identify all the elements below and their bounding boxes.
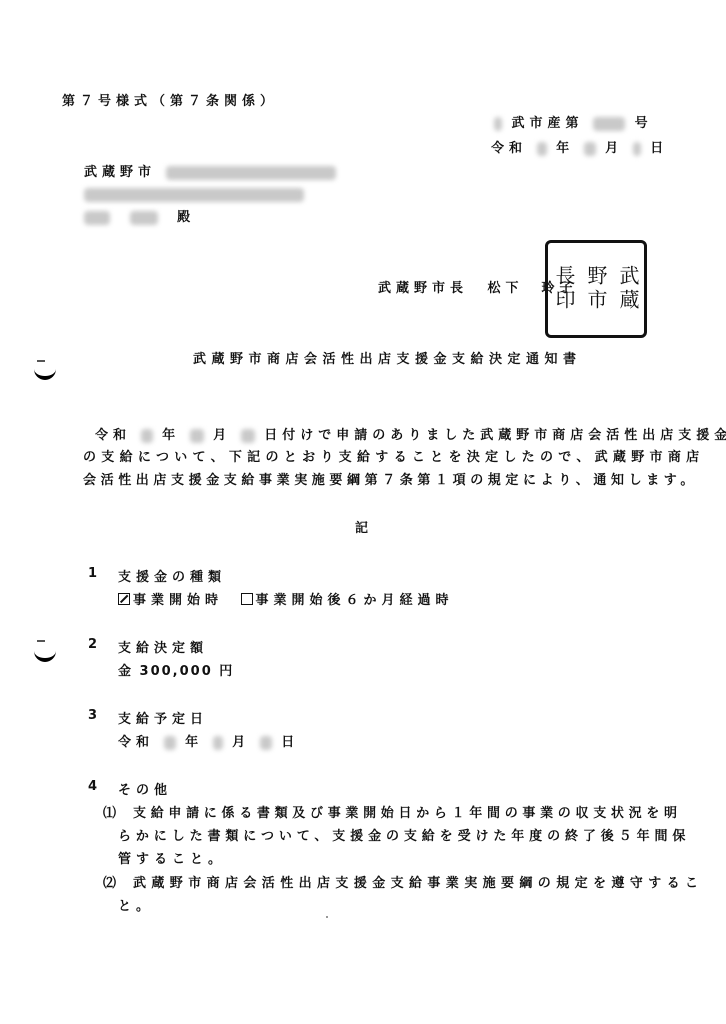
reference-suffix: 号 xyxy=(635,116,653,131)
redacted-region xyxy=(130,211,158,225)
scheduled-payment-date: 令和 年 月 日 xyxy=(118,731,299,750)
option-label: 事業開始後６か月経過時 xyxy=(256,593,454,608)
date-era: 令和 xyxy=(118,735,154,750)
body-line-1: 令和 年 月 日付けで申請のありました武蔵野市商店会活性出店支援金 xyxy=(95,424,726,443)
form-label: 第７号様式（第７条関係） xyxy=(62,90,278,109)
checkbox-unchecked-icon[interactable] xyxy=(241,593,253,605)
reference-prefix: 武市産第 xyxy=(512,116,584,131)
date-era: 令和 xyxy=(491,141,527,156)
ki-label: 記 xyxy=(355,517,373,536)
day-unit: 日 xyxy=(281,735,299,750)
item-1-line-1: 支給申請に係る書類及び事業開始日から１年間の事業の収支状況を明 xyxy=(133,802,682,821)
redacted-region xyxy=(84,211,110,225)
redacted-region xyxy=(593,117,625,131)
body-month-unit: 月 xyxy=(213,428,231,443)
month-unit: 月 xyxy=(605,141,623,156)
item-1-marker: ⑴ xyxy=(103,802,116,821)
recipient-building xyxy=(84,184,304,203)
punch-hole-mark xyxy=(34,362,56,380)
section-4-number: 4 xyxy=(88,779,102,794)
document-title: 武蔵野市商店会活性出店支援金支給決定通知書 xyxy=(193,348,582,367)
redacted-region xyxy=(141,429,153,443)
body-year-unit: 年 xyxy=(162,428,180,443)
month-unit: 月 xyxy=(232,735,250,750)
section-2-heading: 支給決定額 xyxy=(118,637,208,656)
checkbox-checked-icon[interactable] xyxy=(118,593,130,605)
scan-speck xyxy=(326,916,328,918)
honorific: 殿 xyxy=(177,210,195,225)
redacted-region xyxy=(213,736,223,750)
recipient-name: 殿 xyxy=(84,206,195,225)
item-1-line-3: 管すること。 xyxy=(118,848,226,867)
body-era: 令和 xyxy=(95,428,131,443)
item-2-line-2: と。 xyxy=(118,895,154,914)
reference-date: 令和 年 月 日 xyxy=(491,137,668,156)
official-seal-stamp: 長印 野市 武蔵 xyxy=(545,240,647,338)
reference-number: 武市産第 号 xyxy=(494,112,653,131)
punch-hole-mark xyxy=(34,644,56,662)
redacted-region xyxy=(260,736,272,750)
section-2-number: 2 xyxy=(88,637,102,652)
section-1-number: 1 xyxy=(88,566,102,581)
support-type-options: 事業開始時 事業開始後６か月経過時 xyxy=(118,589,454,608)
seal-column: 長印 xyxy=(554,265,574,313)
seal-column: 野市 xyxy=(586,265,606,313)
day-unit: 日 xyxy=(650,141,668,156)
item-2-marker: ⑵ xyxy=(103,872,116,891)
punch-hole-mark-top-edge xyxy=(37,640,45,642)
section-3-heading: 支給予定日 xyxy=(118,708,208,727)
redacted-region xyxy=(537,142,547,156)
year-unit: 年 xyxy=(185,735,203,750)
option-six-months-after[interactable]: 事業開始後６か月経過時 xyxy=(241,593,454,608)
body-line-1-rest: 日付けで申請のありました武蔵野市商店会活性出店支援金 xyxy=(264,428,726,443)
redacted-region xyxy=(494,117,502,131)
redacted-region xyxy=(241,429,255,443)
sender-title: 武蔵野市長 xyxy=(378,281,468,296)
option-label: 事業開始時 xyxy=(133,593,223,608)
item-2-line-1: 武蔵野市商店会活性出店支援金支給事業実施要綱の規定を遵守するこ xyxy=(133,872,703,891)
option-business-start[interactable]: 事業開始時 xyxy=(118,593,233,608)
redacted-region xyxy=(633,142,641,156)
decision-amount: 金 300,000 円 xyxy=(118,660,234,679)
redacted-region xyxy=(166,166,336,180)
redacted-region xyxy=(584,142,596,156)
redacted-region xyxy=(164,736,176,750)
body-line-2: の支給について、下記のとおり支給することを決定したので、武蔵野市商店 xyxy=(83,446,704,465)
redacted-region xyxy=(84,188,304,202)
section-1-heading: 支援金の種類 xyxy=(118,566,226,585)
redacted-region xyxy=(190,429,204,443)
section-3-number: 3 xyxy=(88,708,102,723)
recipient-city: 武蔵野市 xyxy=(84,165,156,180)
item-1-line-2: らかにした書類について、支援金の支給を受けた年度の終了後５年間保 xyxy=(118,825,690,844)
recipient-address: 武蔵野市 xyxy=(84,161,336,180)
year-unit: 年 xyxy=(556,141,574,156)
seal-column: 武蔵 xyxy=(618,265,638,313)
section-4-heading: その他 xyxy=(118,779,172,798)
body-line-3: 会活性出店支援金支給事業実施要綱第７条第１項の規定により、通知します。 xyxy=(83,469,698,488)
